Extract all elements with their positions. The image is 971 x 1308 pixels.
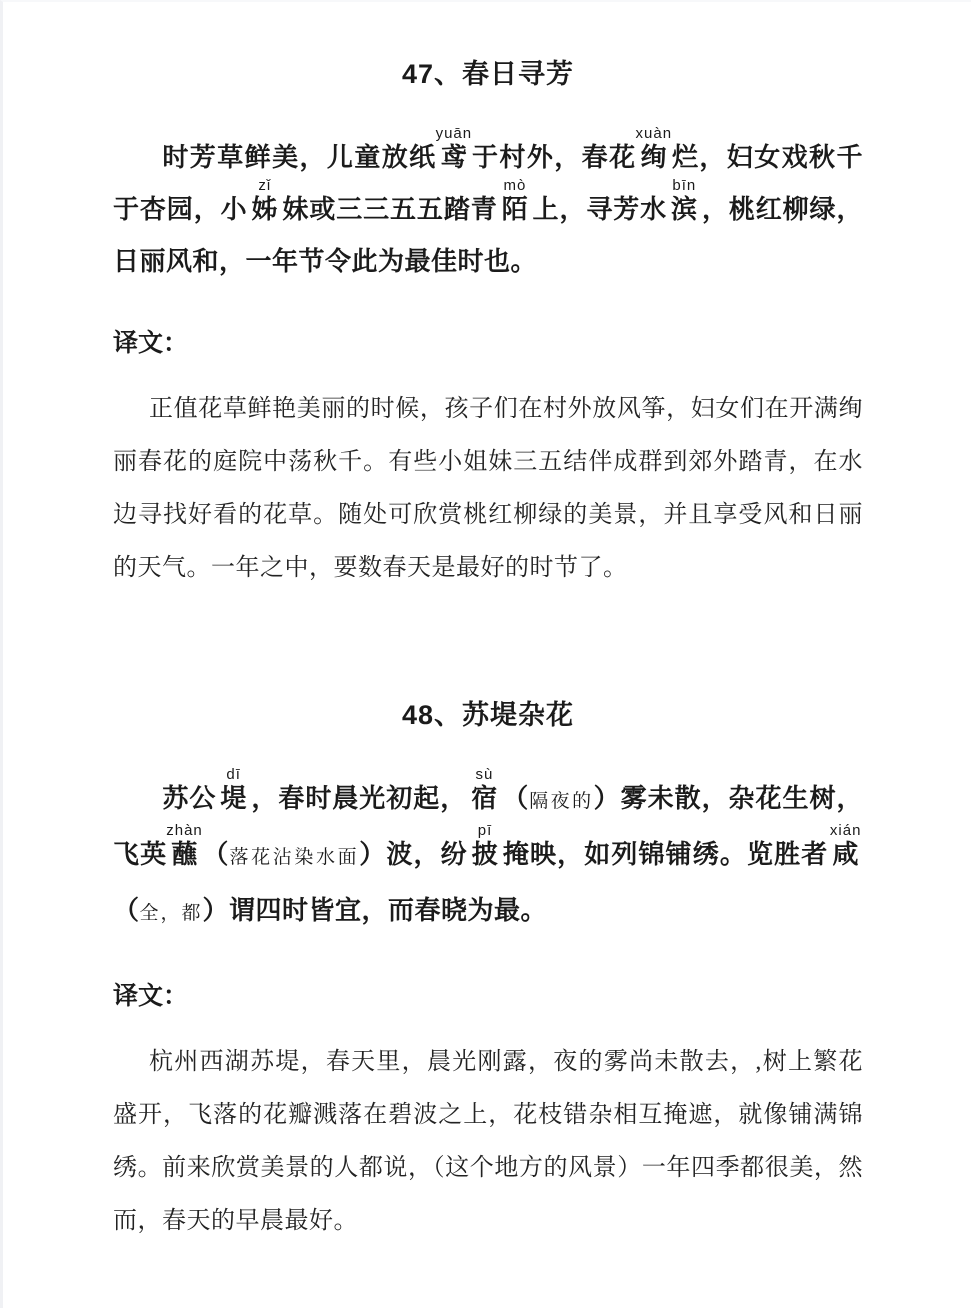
annotated-char: 姊 — [252, 194, 279, 224]
pinyin-label: xián — [830, 823, 862, 838]
text-segment: 掩映，如列锦铺绣。览胜者 — [502, 839, 828, 869]
inline-gloss-note: （落花沾染水面） — [202, 839, 387, 869]
pinyin-label: bīn — [672, 178, 696, 193]
gloss-paren-open: （ — [113, 895, 140, 925]
annotated-char: 陌 — [502, 194, 529, 224]
text-segment: 于村外，春花 — [471, 142, 636, 172]
annotated-char: 蘸 — [171, 839, 198, 869]
gloss-paren-open: （ — [502, 783, 529, 813]
annotated-char: 宿 — [471, 783, 498, 813]
pinyin-annotated-char: xián咸 — [832, 828, 859, 880]
lesson-48-classical-text: 苏公dī堤，春时晨光初起，sù宿（隔夜的）雾未散，杂花生树，飞英zhàn蘸（落花… — [113, 772, 863, 940]
lesson-48-translation-text: 杭州西湖苏堤，春天里，晨光刚露，夜的雾尚未散去，,树上繁花盛开，飞落的花瓣溅落在… — [113, 1036, 863, 1248]
inline-gloss-note: （隔夜的） — [502, 783, 621, 813]
gloss-paren-close: ） — [594, 783, 621, 813]
pinyin-label: dī — [226, 767, 241, 782]
pinyin-annotated-char: xuàn绚 — [641, 131, 668, 183]
annotated-char: 滨 — [671, 194, 698, 224]
pinyin-label: mò — [503, 178, 526, 193]
pinyin-annotated-char: pī披 — [472, 828, 499, 880]
gloss-text: 隔夜的 — [529, 791, 593, 812]
section-lesson-48: 48、苏堤杂花 苏公dī堤，春时晨光初起，sù宿（隔夜的）雾未散，杂花生树，飞英… — [113, 595, 863, 1248]
pinyin-annotated-char: dī堤 — [220, 772, 247, 824]
text-segment: 妹或三三五五踏青 — [282, 194, 498, 224]
gloss-paren-close: ） — [359, 839, 386, 869]
section-lesson-47: 47、春日寻芳 时芳草鲜美，儿童放纸yuān鸢于村外，春花xuàn绚烂，妇女戏秋… — [113, 2, 863, 595]
gloss-paren-open: （ — [202, 839, 230, 869]
document-page: 47、春日寻芳 时芳草鲜美，儿童放纸yuān鸢于村外，春花xuàn绚烂，妇女戏秋… — [3, 2, 971, 1308]
gloss-paren-close: ） — [203, 895, 230, 925]
pinyin-label: sù — [476, 767, 494, 782]
lesson-47-translation-label: 译文： — [113, 323, 863, 359]
lesson-47-translation-text: 正值花草鲜艳美丽的时候，孩子们在村外放风筝，妇女们在开满绚丽春花的庭院中荡秋千。… — [113, 383, 863, 595]
lesson-48-title: 48、苏堤杂花 — [113, 595, 863, 732]
pinyin-annotated-char: mò陌 — [502, 183, 529, 235]
pinyin-label: zǐ — [258, 178, 271, 193]
text-segment: 波，纷 — [386, 839, 467, 869]
gloss-text: 落花沾染水面 — [230, 847, 360, 868]
text-segment: ，春时晨光初起， — [251, 783, 467, 813]
pinyin-annotated-char: zǐ姊 — [252, 183, 279, 235]
text-segment: 谓四时皆宜，而春晓为最。 — [229, 895, 547, 925]
pinyin-label: pī — [478, 823, 493, 838]
pinyin-label: yuān — [436, 126, 473, 141]
text-segment: 苏公 — [162, 783, 216, 813]
pinyin-annotated-char: yuān鸢 — [441, 131, 468, 183]
pinyin-annotated-char: zhàn蘸 — [171, 828, 198, 880]
annotated-char: 堤 — [220, 783, 247, 813]
annotated-char: 咸 — [832, 839, 859, 869]
document-body: { "colors": { "background": "#ffffff", "… — [0, 0, 971, 1308]
annotated-char: 绚 — [641, 142, 668, 172]
pinyin-label: xuàn — [636, 126, 673, 141]
lesson-48-translation-label: 译文： — [113, 976, 863, 1012]
annotated-char: 鸢 — [441, 142, 468, 172]
gloss-text: 全，都 — [140, 903, 203, 924]
lesson-47-title: 47、春日寻芳 — [113, 2, 863, 91]
inline-gloss-note: （全，都） — [113, 895, 229, 925]
text-segment: 时芳草鲜美，儿童放纸 — [162, 142, 436, 172]
annotated-char: 披 — [472, 839, 499, 869]
text-segment: 上，寻芳水 — [532, 194, 667, 224]
pinyin-annotated-char: bīn滨 — [671, 183, 698, 235]
pinyin-annotated-char: sù宿 — [471, 772, 498, 824]
pinyin-label: zhàn — [166, 823, 203, 838]
lesson-47-classical-text: 时芳草鲜美，儿童放纸yuān鸢于村外，春花xuàn绚烂，妇女戏秋千于杏园，小zǐ… — [113, 131, 863, 287]
